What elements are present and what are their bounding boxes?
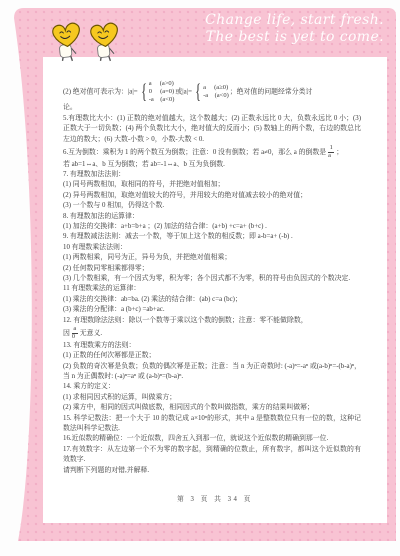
mascot-group [49,21,123,63]
text-line: 10 有理数乘法法则： [63,243,361,253]
left-brace: { [141,81,147,102]
text-line: 11 有理数乘法的运算律： [63,284,361,294]
text-line: 9. 有理数减法法则：减去一个数，等于加上这个数的相反数；即 a-b=a+ (-… [63,232,361,242]
case-row: a (a≥0) [203,84,229,92]
text-line: (3) 几个数相乘，有一个因式为零，积为零；各个因式都不为零，积的符号由负因式的… [63,274,361,284]
heart-smiley-icon [49,21,85,63]
case-rows: a (a>0)0 (a=0)-a (a<0) [149,80,175,103]
heart-smiley-icon [87,21,123,63]
text-line: (1) 加法的交换律：a+b=b+a ；(2) 加法的结合律：(a+b) +c=… [63,222,361,232]
piecewise-cases: {a (a>0)0 (a=0)-a (a<0) [139,80,175,103]
division-pre: 因 [63,330,70,337]
case-row: a (a>0) [149,80,175,88]
formula-prefix: (2) 绝对值可表示为：|a|= [63,88,138,95]
text-line: 13. 有理数乘方的法则： [63,341,361,351]
text-line: 17.有效数字：从左边第一个不为零的数字起，到精确的位数止，所有数字，都叫这个近… [63,445,361,466]
reciprocal-line: 6.互为倒数：乘积为 1 的两个数互为倒数；注意：0 没有倒数；若 a≠0，那么… [63,145,361,160]
text-line: 16.近似数的精确位：一个近似数，四舍五入到那一位，就说这个近似数的精确到那一位… [63,434,361,444]
tagline: Change life, start fresh. The best is ye… [205,12,384,46]
division-tail-line: 因a0无意义. [63,326,361,341]
fraction-denominator: 0 [72,334,78,341]
text-line: 论。 [63,103,361,113]
text-line: (1) 求相同因式积的运算，叫做乘方； [63,393,361,403]
fraction-denominator: a [328,153,334,160]
text-line: (3) 乘法的分配律：a (b+c) =ab+ac. [63,305,361,315]
case-row: -a (a<0) [203,92,229,100]
text-line: 12. 有理数除法法则：除以一个数等于乘以这个数的倒数；注意：零不能做除数， [63,316,361,326]
text-line: 若 ab=1⇔a、b 互为倒数；若 ab=-1⇔a、b 互为负倒数. [63,160,361,170]
division-post: 无意义. [80,330,102,337]
text-line: 5.有理数比大小：(1) 正数的绝对值越大，这个数越大；(2) 正数永远比 0 … [63,114,361,145]
text-line: (2) 异号两数相加，取绝对值较大的符号，并用较大的绝对值减去较小的绝对值； [63,191,361,201]
text-line: (1) 两数相乘，同号为正，异号为负，并把绝对值相乘； [63,253,361,263]
text-line: 8. 有理数加法的运算律： [63,212,361,222]
page-number: 第 3 页 共 34 页 [43,493,387,503]
reciprocal-pre: 6.互为倒数：乘积为 1 的两个数互为倒数；注意：0 没有倒数；若 a≠0，那么… [63,149,326,156]
piecewise-cases: {a (a≥0)-a (a<0) [193,81,229,102]
text-line: (1) 乘法的交换律：ab=ba. (2) 乘法的结合律：(ab) c=a (b… [63,295,361,305]
tagline-line1: Change life, start fresh. [205,12,384,29]
text-line: (1) 同号两数相加，取相同的符号，并把绝对值相加； [63,180,361,190]
case-rows: a (a≥0)-a (a<0) [203,84,229,100]
formula-or: 或|a|= [175,88,192,95]
text-line: 请判断下列题的对错,并解释. [63,466,361,476]
worksheet-page: Change life, start fresh. The best is ye… [0,0,400,556]
reciprocal-post: ； [336,149,343,156]
text-line: 15. 科学记数法：把一个大于 10 的数记成 a×10ⁿ的形式，其中 a 是整… [63,414,361,435]
text-line: (3) 一个数与 0 相加，仍得这个数. [63,201,361,211]
fraction: 1a [328,145,334,160]
notes-text-block: (2) 绝对值可表示为：|a|={a (a>0)0 (a=0)-a (a<0)或… [63,80,361,476]
left-brace: { [195,81,201,102]
text-line: 7. 有理数加法法则： [63,170,361,180]
tagline-line2: The best is yet to come. [205,29,384,46]
text-line: 14. 乘方的定义： [63,382,361,392]
abs-value-formula-line: (2) 绝对值可表示为：|a|={a (a>0)0 (a=0)-a (a<0)或… [63,80,361,103]
formula-suffix: ；绝对值的问题经常分类讨 [230,88,313,95]
text-line: (1) 正数的任何次幂都是正数； [63,351,361,361]
text-line: (2) 负数的奇次幂是负数；负数的偶次幂是正数；注意：当 n 为正奇数时: (-… [63,362,361,383]
fraction: a0 [72,326,78,341]
case-row: -a (a<0) [149,96,175,104]
case-row: 0 (a=0) [149,88,175,96]
text-line: (2) 乘方中，相同的因式叫做底数，相同因式的个数叫做指数，乘方的结果叫做幂； [63,403,361,413]
text-line: (2) 任何数同零相乘都得零； [63,264,361,274]
